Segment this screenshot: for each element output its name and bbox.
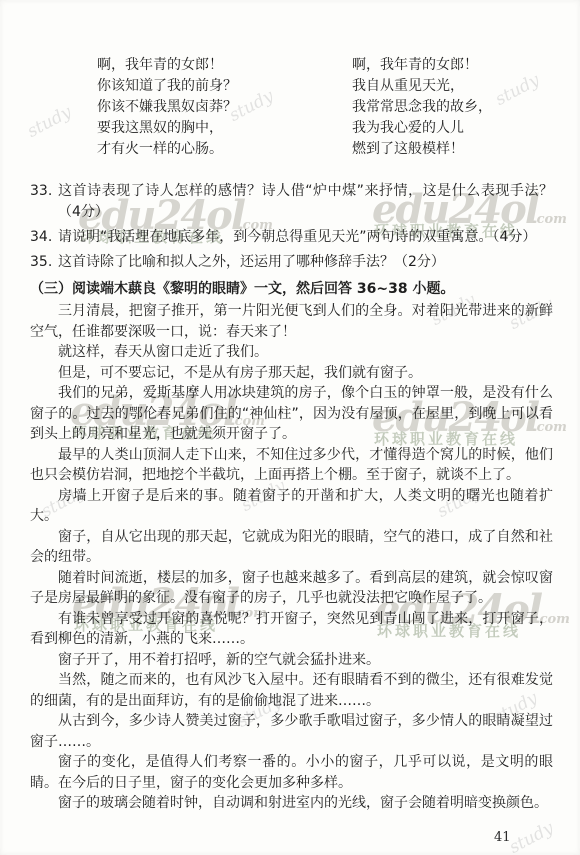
study-watermark: study [506, 818, 557, 855]
section-header: （三）阅读端木蕻良《黎明的眼睛》一文，然后回答 36~38 小题。 [30, 279, 553, 300]
question-item-33: 33. 这首诗表现了诗人怎样的感情？诗人借“炉中煤”来抒情，这是什么表现手法？（… [30, 181, 553, 223]
passage-paragraph: 从古到今，多少诗人赞美过窗子，多少歌手歌唱过窗子，多少情人的眼睛凝望过窗子……。 [30, 711, 553, 752]
question-text: 请说明“我活埋在地底多年，到今朝总得重见天光”两句诗的双重寓意。（4分） [58, 227, 553, 248]
poem-line: 我常常思念我的故乡， [352, 97, 492, 118]
question-number: 33. [30, 181, 58, 223]
passage-paragraph: 最早的人类山顶洞人走下山来，不知住过多少代，才懂得造个窝儿的时候，他们也只会模仿… [30, 445, 553, 486]
poem-block: 啊，我年青的女郎！ 你该知道了我的前身？ 你该不嫌我黑奴卤莽？ 要我这黑奴的胸中… [30, 55, 553, 168]
passage-paragraph: 窗子开了，用不着打招呼，新的空气就会猛扑进来。 [30, 650, 553, 671]
question-text: 这首诗表现了诗人怎样的感情？诗人借“炉中煤”来抒情，这是什么表现手法？（4分） [58, 181, 553, 223]
poem-line: 啊，我年青的女郎！ [97, 55, 237, 76]
question-number: 35. [30, 252, 58, 273]
passage-paragraph: 有谁未曾享受过开窗的喜悦呢？打开窗子，突然见到青山闯了进来，打开窗子，看到柳色的… [30, 609, 553, 650]
poem-line: 要我这黑奴的胸中， [97, 118, 237, 139]
poem-line: 你该知道了我的前身？ [97, 76, 237, 97]
passage-paragraph: 随着时间流逝，楼层的加多，窗子也越来越多了。看到高层的建筑，就会惊叹窗子是房屋最… [30, 568, 553, 609]
passage-paragraph: 窗子的变化，是值得人们考察一番的。小小的窗子，几乎可以说，是文明的眼睛。在今后的… [30, 752, 553, 793]
passage-paragraph: 但是，可不要忘记，不是从有房子那天起，我们就有窗子。 [30, 363, 553, 384]
question-number: 34. [30, 227, 58, 248]
page-content: 啊，我年青的女郎！ 你该知道了我的前身？ 你该不嫌我黑奴卤莽？ 要我这黑奴的胸中… [30, 55, 553, 814]
passage-paragraph: 三月清晨，把窗子推开，第一片阳光便飞到人们的全身。对着阳光带进来的新鲜空气，任谁… [30, 301, 553, 342]
poem-stanza-right: 啊，我年青的女郎！ 我自从重见天光， 我常常思念我的故乡， 我为我心爱的人儿 燃… [352, 55, 492, 160]
poem-line: 啊，我年青的女郎！ [352, 55, 492, 76]
poem-line: 我为我心爱的人儿 [352, 118, 492, 139]
page-number: 41 [494, 830, 511, 845]
question-item-34: 34. 请说明“我活埋在地底多年，到今朝总得重见天光”两句诗的双重寓意。（4分） [30, 227, 553, 248]
poem-line: 才有火一样的心肠。 [97, 139, 237, 160]
poem-line: 燃到了这般模样！ [352, 139, 492, 160]
reading-passage: 三月清晨，把窗子推开，第一片阳光便飞到人们的全身。对着阳光带进来的新鲜空气，任谁… [30, 301, 553, 814]
question-item-35: 35. 这首诗除了比喻和拟人之外，还运用了哪种修辞手法？（2分） [30, 252, 553, 273]
passage-paragraph: 房墙上开窗子是后来的事。随着窗子的开凿和扩大，人类文明的曙光也随着扩大。 [30, 486, 553, 527]
poem-stanza-left: 啊，我年青的女郎！ 你该知道了我的前身？ 你该不嫌我黑奴卤莽？ 要我这黑奴的胸中… [97, 55, 237, 160]
exam-page: edu24ol.com 环球职业教育在线 edu24ol.com 环球职业教育在… [0, 0, 580, 855]
passage-paragraph: 窗子的玻璃会随着时钟，自动调和射进室内的光线，窗子会随着明暗变换颜色。 [30, 793, 553, 814]
question-text: 这首诗除了比喻和拟人之外，还运用了哪种修辞手法？（2分） [58, 252, 553, 273]
passage-paragraph: 我们的兄弟，爱斯基摩人用冰块建筑的房子，像个白玉的钟罩一般，是没有什么窗子的。过… [30, 383, 553, 445]
poem-line: 你该不嫌我黑奴卤莽？ [97, 97, 237, 118]
poem-line: 我自从重见天光， [352, 76, 492, 97]
question-list: 33. 这首诗表现了诗人怎样的感情？诗人借“炉中煤”来抒情，这是什么表现手法？（… [30, 181, 553, 273]
passage-paragraph: 就这样，春天从窗口走近了我们。 [30, 342, 553, 363]
passage-paragraph: 窗子，自从它出现的那天起，它就成为阳光的眼睛，空气的港口，成了自然和社会的纽带。 [30, 527, 553, 568]
passage-paragraph: 当然，随之而来的，也有风沙飞入屋中。还有眼睛看不到的微尘，还有很难发觉的细菌，有… [30, 670, 553, 711]
